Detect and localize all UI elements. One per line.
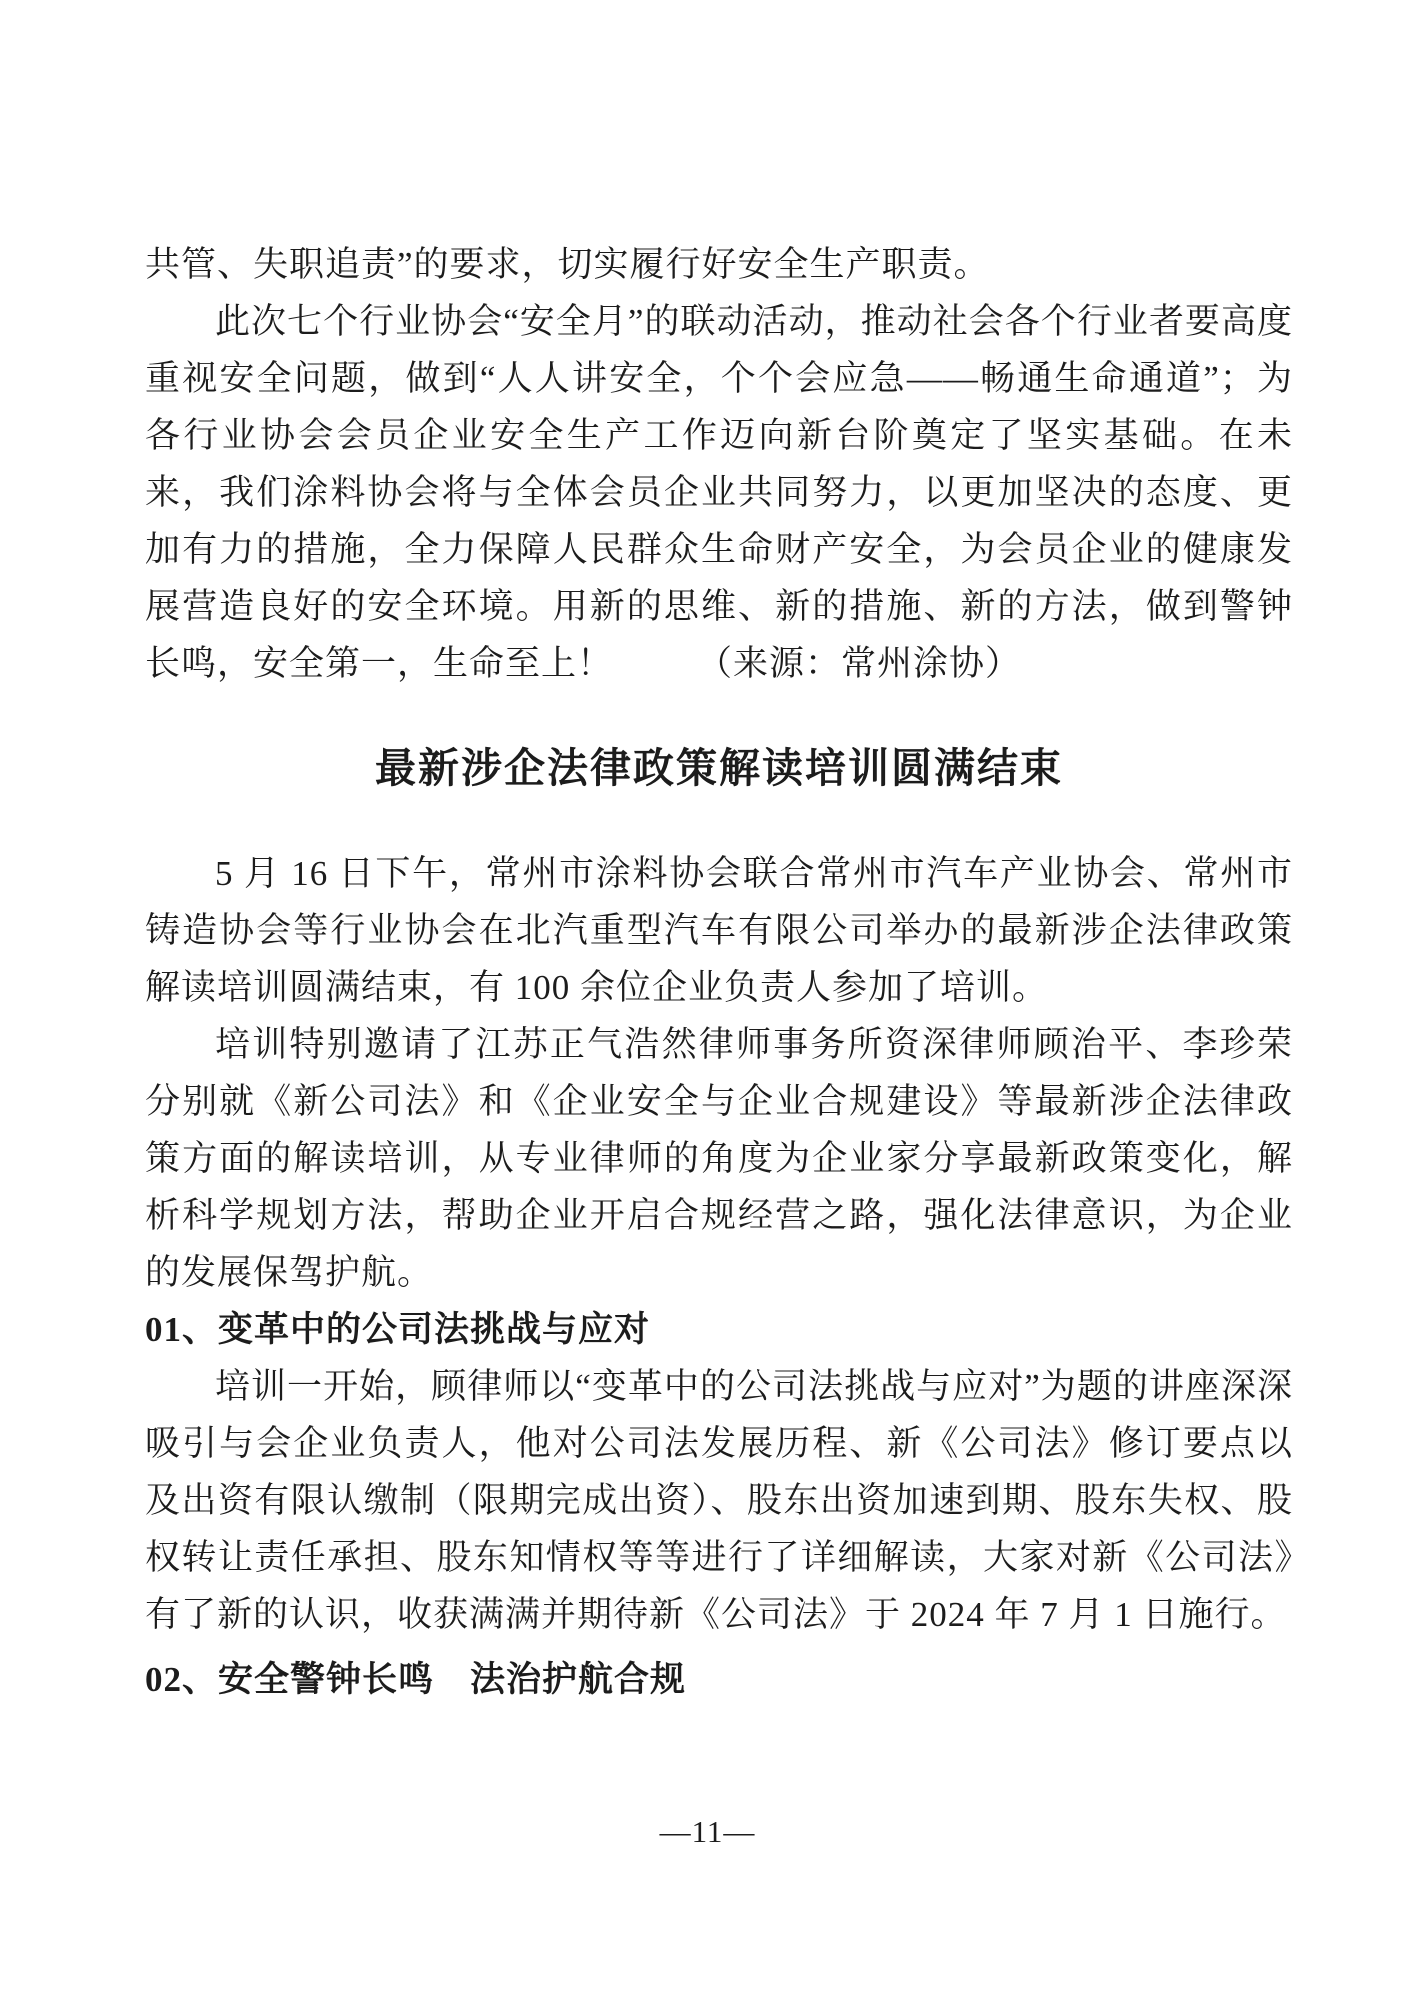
article-title: 最新涉企法律政策解读培训圆满结束 xyxy=(145,744,1293,793)
document-page: 共管、失职追责”的要求，切实履行好安全生产职责。 此次七个行业协会“安全月”的联… xyxy=(0,0,1415,2000)
subhead-02-safety-compliance: 02、安全警钟长鸣 法治护航合规 xyxy=(145,1651,1293,1708)
paragraph-company-law-lecture: 培训一开始，顾律师以“变革中的公司法挑战与应对”为题的讲座深深吸引与会企业负责人… xyxy=(145,1358,1293,1643)
subhead-01-company-law-challenges: 01、变革中的公司法挑战与应对 xyxy=(145,1301,1293,1358)
paragraph-safety-duty-continuation: 共管、失职追责”的要求，切实履行好安全生产职责。 xyxy=(145,236,1293,293)
page-number: —11— xyxy=(0,1814,1415,1850)
source-attribution: （来源：常州涂协） xyxy=(697,644,1021,683)
paragraph-training-lawyers: 培训特别邀请了江苏正气浩然律师事务所资深律师顾治平、李珍荣分别就《新公司法》和《… xyxy=(145,1016,1293,1301)
paragraph-training-overview: 5 月 16 日下午，常州市涂料协会联合常州市汽车产业协会、常州市铸造协会等行业… xyxy=(145,845,1293,1016)
paragraph-safety-month-activity: 此次七个行业协会“安全月”的联动活动，推动社会各个行业者要高度重视安全问题，做到… xyxy=(145,293,1293,692)
paragraph-safety-month-text: 此次七个行业协会“安全月”的联动活动，推动社会各个行业者要高度重视安全问题，做到… xyxy=(145,302,1293,683)
